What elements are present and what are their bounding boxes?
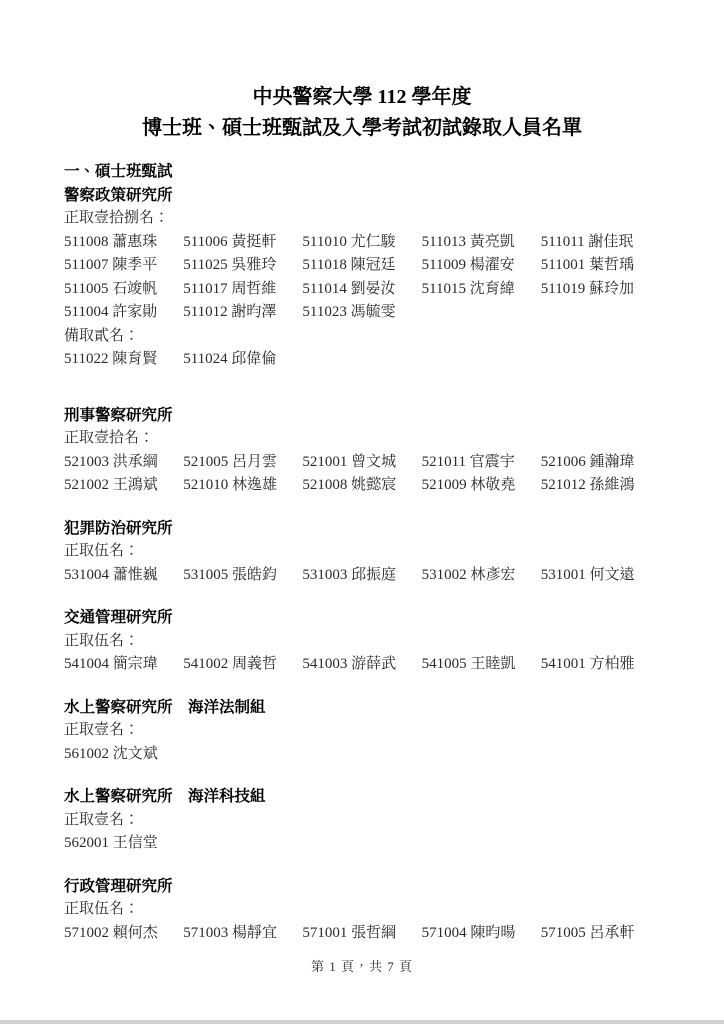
admitted-student-entry: 521010 林逸雄 (183, 474, 302, 498)
admitted-student-entry: 511006 黃挺軒 (183, 231, 302, 255)
admitted-student-entry: 521011 官震宇 (422, 451, 541, 475)
institutes-container: 警察政策研究所正取壹拾捌名：511008 蕭惠珠511006 黃挺軒511010… (64, 184, 660, 946)
admitted-student-entry: 541001 方柏雅 (541, 653, 660, 677)
admission-entries-grid: 541004 簡宗瑋541002 周義哲541003 游薛武541005 王睦凱… (64, 653, 660, 677)
admitted-student-entry: 511007 陳季平 (64, 254, 183, 278)
admitted-student-entry: 571004 陳昀暘 (422, 922, 541, 946)
admission-entries-grid: 571002 賴何杰571003 楊靜宜571001 張哲綱571004 陳昀暘… (64, 922, 660, 946)
page-bottom-edge (0, 1020, 724, 1024)
admitted-student-entry: 511011 謝佳珉 (541, 231, 660, 255)
institute-name: 水上警察研究所 (64, 788, 173, 805)
institute-block: 犯罪防治研究所正取伍名：531004 蕭惟巍531005 張皓鈞531003 邱… (64, 517, 660, 588)
admission-entries-grid: 511008 蕭惠珠511006 黃挺軒511010 尤仁駿511013 黃亮凱… (64, 231, 660, 325)
institute-header: 水上警察研究所海洋科技組 (64, 785, 660, 809)
page-subtitle: 博士班、碩士班甄試及入學考試初試錄取人員名單 (64, 113, 660, 144)
page-title: 中央警察大學 112 學年度 (64, 82, 660, 113)
admitted-student-entry: 521001 曾文城 (302, 451, 421, 475)
admission-entries-grid: 561002 沈文斌 (64, 743, 660, 767)
admission-entries-grid: 521003 洪承綱521005 呂月雲521001 曾文城521011 官震宇… (64, 451, 660, 498)
admitted-student-entry: 511015 沈育緯 (422, 278, 541, 302)
institute-name: 警察政策研究所 (64, 187, 173, 204)
institute-group-name: 海洋科技組 (188, 788, 266, 805)
admitted-student-entry: 511004 許家勛 (64, 301, 183, 325)
admitted-student-entry: 571003 楊靜宜 (183, 922, 302, 946)
institute-header: 水上警察研究所海洋法制組 (64, 696, 660, 720)
admitted-student-entry: 511010 尤仁駿 (302, 231, 421, 255)
admitted-student-entry: 511024 邱偉倫 (183, 348, 302, 372)
admitted-student-entry: 571002 賴何杰 (64, 922, 183, 946)
section-heading: 一、碩士班甄試 (64, 160, 660, 184)
admitted-student-entry: 531004 蕭惟巍 (64, 564, 183, 588)
admission-entries-grid: 562001 王信堂 (64, 832, 660, 856)
institute-name: 水上警察研究所 (64, 699, 173, 716)
admitted-student-entry: 521002 王鴻斌 (64, 474, 183, 498)
admitted-student-entry: 521006 鍾瀚瑋 (541, 451, 660, 475)
admitted-student-entry: 511023 馮毓雯 (302, 301, 421, 325)
admission-list-label: 正取壹拾名： (64, 427, 660, 451)
admitted-student-entry: 531003 邱振庭 (302, 564, 421, 588)
institute-block: 行政管理研究所正取伍名：571002 賴何杰571003 楊靜宜571001 張… (64, 875, 660, 946)
institute-group-name: 海洋法制組 (188, 699, 266, 716)
institute-block: 警察政策研究所正取壹拾捌名：511008 蕭惠珠511006 黃挺軒511010… (64, 184, 660, 372)
admitted-student-entry: 511025 吳雅玲 (183, 254, 302, 278)
institute-name: 刑事警察研究所 (64, 407, 173, 424)
admitted-student-entry: 541004 簡宗瑋 (64, 653, 183, 677)
admitted-student-entry: 541003 游薛武 (302, 653, 421, 677)
institute-block: 水上警察研究所海洋法制組正取壹名：561002 沈文斌 (64, 696, 660, 767)
admitted-student-entry: 521009 林敬堯 (422, 474, 541, 498)
admitted-student-entry: 511001 葉哲瑀 (541, 254, 660, 278)
admitted-student-entry: 561002 沈文斌 (64, 743, 183, 767)
institute-block: 刑事警察研究所正取壹拾名：521003 洪承綱521005 呂月雲521001 … (64, 404, 660, 498)
admitted-student-entry: 531002 林彥宏 (422, 564, 541, 588)
admitted-student-entry: 541005 王睦凱 (422, 653, 541, 677)
admission-list-label: 正取壹名： (64, 719, 660, 743)
admission-list-label: 正取伍名： (64, 540, 660, 564)
institute-header: 刑事警察研究所 (64, 404, 660, 428)
admission-list-label: 正取伍名： (64, 630, 660, 654)
admission-entries-grid: 531004 蕭惟巍531005 張皓鈞531003 邱振庭531002 林彥宏… (64, 564, 660, 588)
document-page: 中央警察大學 112 學年度 博士班、碩士班甄試及入學考試初試錄取人員名單 一、… (0, 0, 724, 977)
admitted-student-entry: 511014 劉晏汝 (302, 278, 421, 302)
admitted-student-entry: 521005 呂月雲 (183, 451, 302, 475)
admitted-student-entry: 521008 姚懿宸 (302, 474, 421, 498)
admitted-student-entry: 511009 楊濯安 (422, 254, 541, 278)
admitted-student-entry: 541002 周義哲 (183, 653, 302, 677)
admission-list-label: 正取伍名： (64, 898, 660, 922)
institute-block: 水上警察研究所海洋科技組正取壹名：562001 王信堂 (64, 785, 660, 856)
admitted-student-entry: 562001 王信堂 (64, 832, 183, 856)
admitted-student-entry: 511005 石竣帆 (64, 278, 183, 302)
institute-header: 行政管理研究所 (64, 875, 660, 899)
admission-list-label: 正取壹拾捌名： (64, 207, 660, 231)
admitted-student-entry: 571005 呂承軒 (541, 922, 660, 946)
admitted-student-entry: 511013 黃亮凱 (422, 231, 541, 255)
institute-name: 交通管理研究所 (64, 609, 173, 626)
institute-block: 交通管理研究所正取伍名：541004 簡宗瑋541002 周義哲541003 游… (64, 606, 660, 677)
institute-header: 警察政策研究所 (64, 184, 660, 208)
admitted-student-entry: 511012 謝昀澤 (183, 301, 302, 325)
admission-list-label: 備取貳名： (64, 325, 660, 349)
institute-header: 犯罪防治研究所 (64, 517, 660, 541)
admitted-student-entry: 531005 張皓鈞 (183, 564, 302, 588)
admitted-student-entry: 511018 陳冠廷 (302, 254, 421, 278)
institute-name: 犯罪防治研究所 (64, 520, 173, 537)
page-footer: 第 1 頁，共 7 頁 (64, 957, 660, 977)
admitted-student-entry: 521003 洪承綱 (64, 451, 183, 475)
admitted-student-entry: 511019 蘇玲加 (541, 278, 660, 302)
institute-name: 行政管理研究所 (64, 878, 173, 895)
admitted-student-entry: 511022 陳育賢 (64, 348, 183, 372)
admitted-student-entry: 511008 蕭惠珠 (64, 231, 183, 255)
admission-list-label: 正取壹名： (64, 809, 660, 833)
institute-header: 交通管理研究所 (64, 606, 660, 630)
admitted-student-entry: 511017 周哲維 (183, 278, 302, 302)
admission-entries-grid: 511022 陳育賢511024 邱偉倫 (64, 348, 660, 372)
admitted-student-entry: 571001 張哲綱 (302, 922, 421, 946)
admitted-student-entry: 531001 何文遠 (541, 564, 660, 588)
admitted-student-entry: 521012 孫維鴻 (541, 474, 660, 498)
